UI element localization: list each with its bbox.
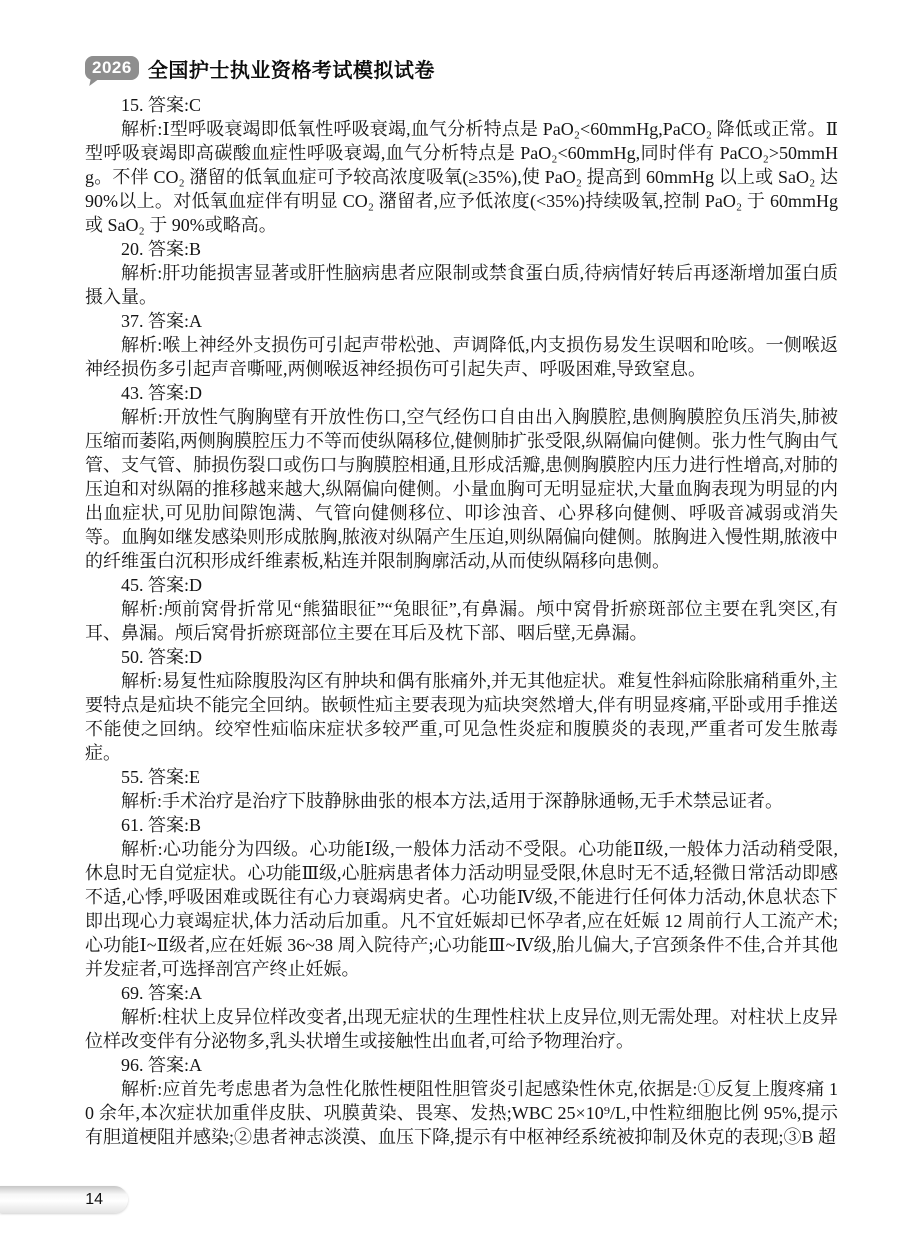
answer-heading: 37. 答案:A [85, 309, 838, 333]
answer-heading: 69. 答案:A [85, 981, 838, 1005]
answer-entry-61: 61. 答案:B 解析:心功能分为四级。心功能Ⅰ级,一般体力活动不受限。心功能Ⅱ… [85, 813, 838, 981]
answer-explanation: 解析:喉上神经外支损伤可引起声带松弛、声调降低,内支损伤易发生误咽和呛咳。一侧喉… [85, 333, 838, 381]
year-badge: 2026 [85, 56, 139, 80]
answer-entry-37: 37. 答案:A 解析:喉上神经外支损伤可引起声带松弛、声调降低,内支损伤易发生… [85, 309, 838, 381]
answer-heading: 45. 答案:D [85, 573, 838, 597]
page-number: 14 [85, 1191, 103, 1209]
answer-explanation: 解析:心功能分为四级。心功能Ⅰ级,一般体力活动不受限。心功能Ⅱ级,一般体力活动稍… [85, 837, 838, 981]
answer-entry-20: 20. 答案:B 解析:肝功能损害显著或肝性脑病患者应限制或禁食蛋白质,待病情好… [85, 237, 838, 309]
answer-heading: 43. 答案:D [85, 381, 838, 405]
answer-entry-50: 50. 答案:D 解析:易复性疝除腹股沟区有肿块和偶有胀痛外,并无其他症状。难复… [85, 645, 838, 765]
answer-entry-96: 96. 答案:A 解析:应首先考虑患者为急性化脓性梗阻性胆管炎引起感染性休克,依… [85, 1053, 838, 1149]
answer-explanation: 解析:手术治疗是治疗下肢静脉曲张的根本方法,适用于深静脉通畅,无手术禁忌证者。 [85, 789, 838, 813]
answer-heading: 50. 答案:D [85, 645, 838, 669]
answer-explanation: 解析:肝功能损害显著或肝性脑病患者应限制或禁食蛋白质,待病情好转后再逐渐增加蛋白… [85, 261, 838, 309]
page-header: 2026 全国护士执业资格考试模拟试卷 [85, 54, 836, 82]
answer-explanation: 解析:柱状上皮异位样改变者,出现无症状的生理性柱状上皮异位,则无需处理。对柱状上… [85, 1005, 838, 1053]
answer-entry-69: 69. 答案:A 解析:柱状上皮异位样改变者,出现无症状的生理性柱状上皮异位,则… [85, 981, 838, 1053]
answer-heading: 20. 答案:B [85, 237, 838, 261]
answer-entry-45: 45. 答案:D 解析:颅前窝骨折常见“熊猫眼征”“兔眼征”,有鼻漏。颅中窝骨折… [85, 573, 838, 645]
answer-heading: 15. 答案:C [85, 93, 838, 117]
answer-heading: 55. 答案:E [85, 765, 838, 789]
answers-section: 15. 答案:C 解析:Ⅰ型呼吸衰竭即低氧性呼吸衰竭,血气分析特点是 PaO₂<… [85, 93, 838, 1149]
page-title: 全国护士执业资格考试模拟试卷 [148, 54, 435, 83]
answer-explanation: 解析:开放性气胸胸壁有开放性伤口,空气经伤口自由出入胸膜腔,患侧胸膜腔负压消失,… [85, 405, 838, 573]
answer-explanation: 解析:Ⅰ型呼吸衰竭即低氧性呼吸衰竭,血气分析特点是 PaO₂<60mmHg,Pa… [85, 117, 838, 237]
answer-explanation: 解析:易复性疝除腹股沟区有肿块和偶有胀痛外,并无其他症状。难复性斜疝除胀痛稍重外… [85, 669, 838, 765]
answer-entry-43: 43. 答案:D 解析:开放性气胸胸壁有开放性伤口,空气经伤口自由出入胸膜腔,患… [85, 381, 838, 573]
answer-explanation: 解析:应首先考虑患者为急性化脓性梗阻性胆管炎引起感染性休克,依据是:①反复上腹疼… [85, 1077, 838, 1149]
book-page: 2026 全国护士执业资格考试模拟试卷 15. 答案:C 解析:Ⅰ型呼吸衰竭即低… [0, 0, 900, 1253]
answer-heading: 96. 答案:A [85, 1053, 838, 1077]
page-number-pill: 14 [0, 1186, 128, 1213]
answer-entry-55: 55. 答案:E 解析:手术治疗是治疗下肢静脉曲张的根本方法,适用于深静脉通畅,… [85, 765, 838, 813]
answer-entry-15: 15. 答案:C 解析:Ⅰ型呼吸衰竭即低氧性呼吸衰竭,血气分析特点是 PaO₂<… [85, 93, 838, 237]
answer-explanation: 解析:颅前窝骨折常见“熊猫眼征”“兔眼征”,有鼻漏。颅中窝骨折瘀斑部位主要在乳突… [85, 597, 838, 645]
page-footer: 14 [0, 1186, 900, 1214]
answer-heading: 61. 答案:B [85, 813, 838, 837]
